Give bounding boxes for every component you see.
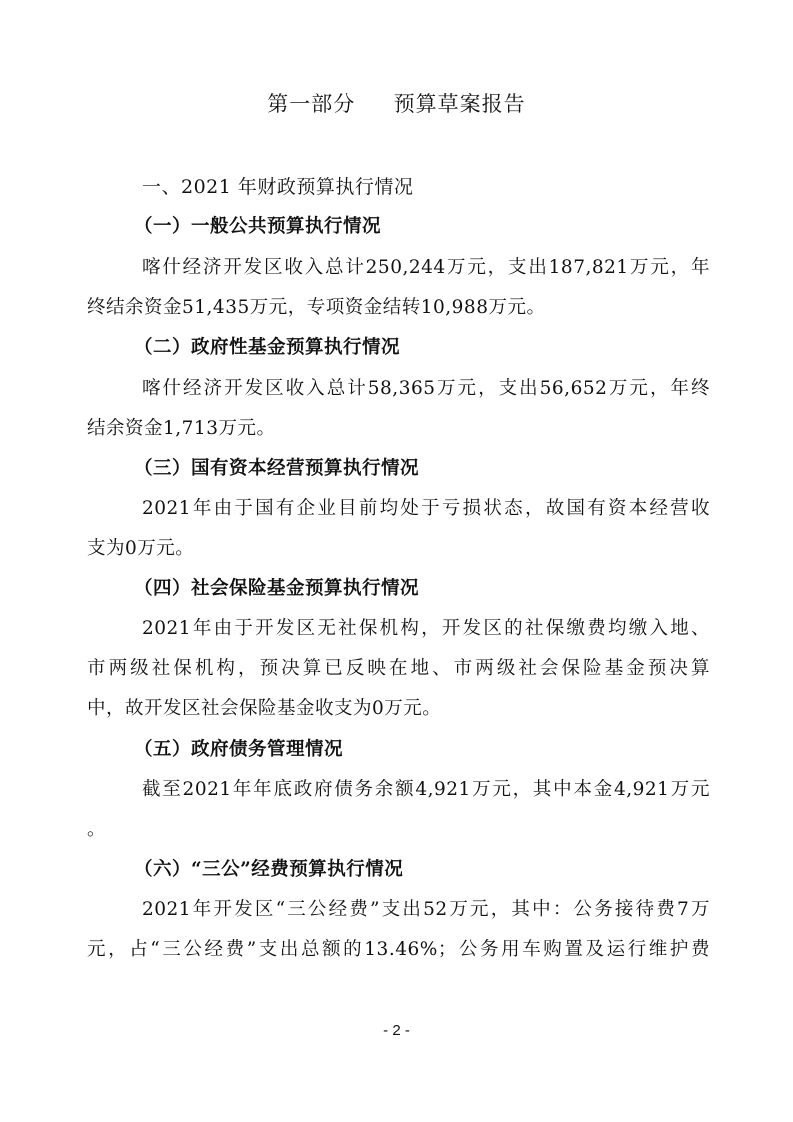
subsection-heading-1: （一）一般公共预算执行情况: [134, 212, 381, 238]
subsection-heading-2: （二）政府性基金预算执行情况: [134, 333, 400, 359]
paragraph-line: 。: [87, 815, 106, 841]
paragraph-line: 中，故开发区社会保险基金收支为0万元。: [87, 694, 441, 720]
page-number: - 2 -: [0, 1022, 793, 1039]
section-heading-1: 一、2021 年财政预算执行情况: [142, 172, 413, 199]
paragraph-line: 2021年由于国有企业目前均处于亏损状态，故国有资本经营收: [142, 494, 710, 520]
paragraph-line: 喀什经济开发区收入总计250,244万元，支出187,821万元，年: [142, 253, 710, 279]
paragraph-line: 2021年由于开发区无社保机构，开发区的社保缴费均缴入地、: [142, 614, 710, 640]
paragraph-line: 市两级社保机构，预决算已反映在地、市两级社会保险基金预决算: [87, 654, 710, 680]
subsection-heading-6: （六）“三公”经费预算执行情况: [134, 855, 403, 881]
subsection-heading-3: （三）国有资本经营预算执行情况: [134, 454, 419, 480]
subsection-heading-4: （四）社会保险基金预算执行情况: [134, 574, 419, 600]
paragraph-line: 元，占“三公经费”支出总额的13.46%；公务用车购置及运行维护费: [87, 935, 710, 961]
paragraph-line: 终结余资金51,435万元，专项资金结转10,988万元。: [87, 293, 545, 319]
paragraph-line: 结余资金1,713万元。: [87, 414, 275, 440]
page-title: 第一部分 预算草案报告: [0, 88, 793, 118]
paragraph-line: 支为0万元。: [87, 534, 194, 560]
subsection-heading-5: （五）政府债务管理情况: [134, 735, 343, 761]
paragraph-line: 喀什经济开发区收入总计58,365万元，支出56,652万元，年终: [142, 374, 710, 400]
paragraph-line: 2021年开发区“三公经费”支出52万元，其中：公务接待费7万: [142, 895, 710, 921]
paragraph-line: 截至2021年年底政府债务余额4,921万元，其中本金4,921万元: [142, 775, 710, 801]
